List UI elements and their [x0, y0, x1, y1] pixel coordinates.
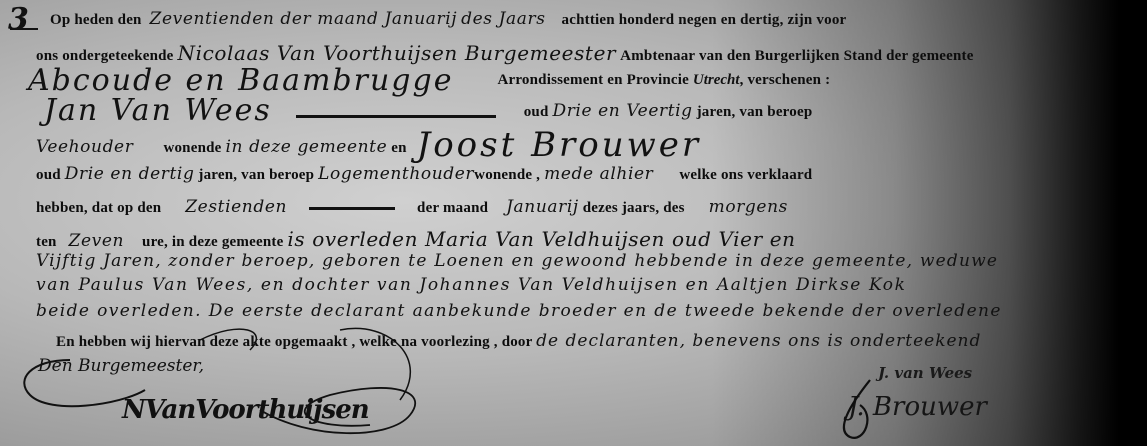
signature-flourish — [10, 320, 450, 446]
scanned-document: 3 Op heden den Zeventienden der maand Ja… — [0, 0, 1147, 446]
record-line-9: Vijftig Jaren, zonder beroep, geboren te… — [36, 253, 998, 270]
printed-text: jaren, van beroep — [194, 167, 318, 183]
handwritten-age: Drie en Veertig — [552, 101, 692, 121]
handwritten-declarant-1: Jan Van Wees — [44, 93, 272, 128]
record-line-5: Veehouder wonende in deze gemeente en Jo… — [36, 128, 701, 162]
printed-text: ten — [36, 234, 61, 250]
printed-text: welke ons verklaard — [679, 167, 812, 183]
handwritten-text: de declaranten, benevens ons is ondertee… — [536, 331, 981, 351]
printed-text: hebben, dat op den — [36, 200, 165, 216]
printed-text: oud — [524, 104, 553, 120]
record-number: 3 — [8, 2, 29, 37]
handwritten-month: Januarij — [506, 197, 579, 217]
record-line-10: van Paulus Van Wees, en dochter van Joha… — [36, 277, 907, 294]
handwritten-deceased: is overleden Maria Van Veldhuijsen oud V… — [287, 227, 795, 251]
record-line-7: hebben, dat op den Zestienden der maand … — [36, 199, 788, 216]
printed-text: der maand — [417, 200, 492, 216]
record-line-8: ten Zeven ure, in deze gemeente is overl… — [36, 229, 796, 250]
handwritten-time-of-day: morgens — [709, 197, 788, 217]
fill-line — [309, 207, 395, 210]
handwritten-residence: in deze gemeente — [225, 137, 387, 157]
record-line-2: ons ondergeteekende Nicolaas Van Voorthu… — [36, 43, 974, 64]
printed-text: ure, in deze gemeente — [142, 234, 287, 250]
printed-text: Arrondissement en Provincie — [497, 72, 692, 88]
record-line-6: oud Drie en dertig jaren, van beroep Log… — [36, 166, 812, 183]
handwritten-hour: Zeven — [69, 231, 125, 251]
handwritten-text: beide overleden. De eerste declarant aan… — [36, 301, 1002, 321]
record-number-underline — [10, 28, 38, 30]
fill-line — [296, 115, 496, 118]
printed-text: Op heden den — [50, 12, 146, 28]
printed-text: , verschenen : — [740, 72, 831, 88]
printed-text: ons ondergeteekende — [36, 48, 178, 64]
record-line-3: Abcoude en Baambrugge Arrondissement en … — [28, 66, 830, 96]
record-line-4: Jan Van Wees oud Drie en Veertig jaren, … — [44, 96, 812, 126]
printed-text: oud — [36, 167, 65, 183]
printed-text: dezes jaars, des — [583, 200, 689, 216]
handwritten-date: Zeventienden der maand Januarij — [150, 9, 458, 29]
record-line-11: beide overleden. De eerste declarant aan… — [36, 303, 1002, 320]
handwritten-residence: mede alhier — [544, 164, 653, 184]
printed-text: wonende — [163, 140, 225, 156]
handwritten-age: Drie en dertig — [65, 164, 195, 184]
printed-text: wonende , — [474, 167, 544, 183]
record-line-1: Op heden den Zeventienden der maand Janu… — [50, 11, 846, 28]
handwritten-official-name: Nicolaas Van Voorthuijsen Burgemeester — [178, 41, 617, 65]
handwritten-occupation: Logementhouder — [318, 164, 474, 184]
printed-text: en — [387, 140, 410, 156]
handwritten-occupation: Veehouder — [36, 137, 133, 157]
handwritten-text: van Paulus Van Wees, en dochter van Joha… — [36, 275, 907, 295]
printed-text: achttien honderd negen en dertig, zijn v… — [562, 12, 847, 28]
handwritten-text: des Jaars — [461, 9, 551, 29]
signature-flourish — [830, 375, 910, 445]
printed-province: Utrecht — [693, 72, 740, 88]
handwritten-date: Zestienden — [185, 197, 287, 217]
handwritten-declarant-2: Joost Brouwer — [417, 125, 702, 165]
printed-text: jaren, van beroep — [693, 104, 813, 120]
handwritten-text: Vijftig Jaren, zonder beroep, geboren te… — [36, 251, 998, 271]
printed-text: Ambtenaar van den Burgerlijken Stand der… — [620, 48, 973, 64]
